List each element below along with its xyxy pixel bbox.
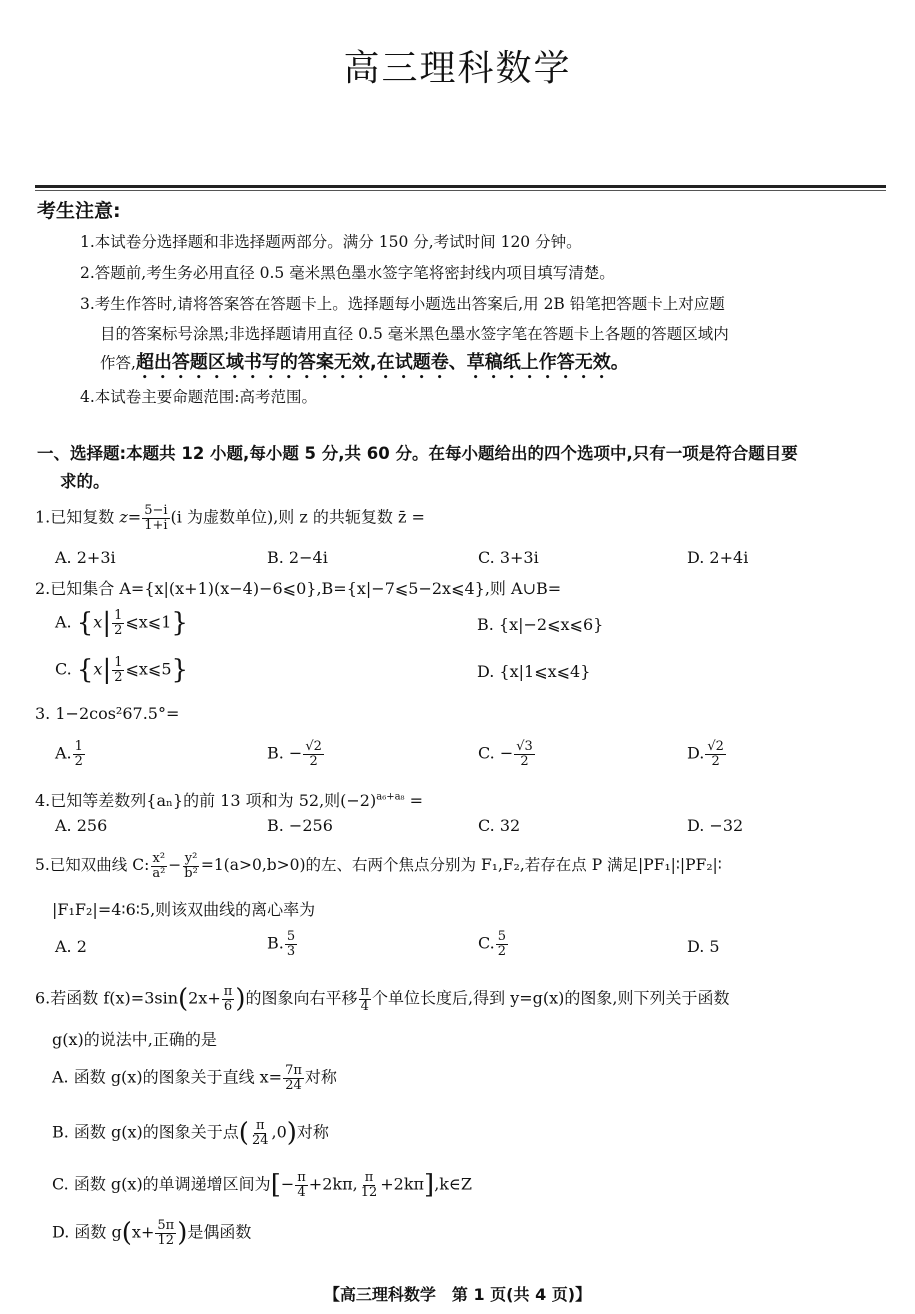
q1-fraction: 5−i1+i [142,504,169,532]
q1-frac-den: 1+i [142,519,169,533]
q5-b-num: 5 [285,930,297,945]
q6-shift-frac: π4 [359,985,372,1013]
q2-a-var: x [93,613,102,632]
q3-c-num: √3 [514,740,535,755]
question-6-line-2: g(x)的说法中,正确的是 [52,1027,217,1050]
q6-option-c: C. 函数 g(x)的单调递增区间为[−π4+2kπ,π12+2kπ],k∈Z [52,1170,472,1200]
q2-c-label: C. [55,660,72,679]
question-4-stem: 4.已知等差数列{aₙ}的前 13 项和为 52,则(−2)a₆+a₈ = [35,788,423,811]
q5-option-c: C.52 [478,930,509,958]
q5-b-den: 3 [285,945,297,959]
q5-f1-num: x² [151,852,168,867]
question-2-stem: 2.已知集合 A={x|(x+1)(x−4)−6⩽0},B={x|−7⩽5−2x… [35,576,561,599]
q5-frac-2: y²b² [182,852,200,880]
q4-option-a: A. 256 [55,816,107,835]
bar: | [102,608,111,638]
q5-option-d: D. 5 [687,937,720,956]
q1-option-a: A. 2+3i [55,548,116,567]
q6-c-3: +2kπ [380,1175,424,1194]
q2-a-num: 1 [112,609,124,624]
q2-option-b: B. {x|−2⩽x⩽6} [477,615,603,634]
notice-emphasis: 超出答题区域书写的答案无效,在试题卷、草稿纸上作答无效。 [136,352,629,373]
right-brace: } [172,655,189,685]
q6-d-post: 是偶函数 [187,1223,251,1242]
q5-suffix: =1(a>0,b>0)的左、右两个焦点分别为 F₁,F₂,若存在点 P 满足|P… [201,856,722,874]
q2-c-den: 2 [112,671,124,685]
q6-prefix: 6.若函数 f(x)=3sin [35,989,178,1008]
q1-eq: = [128,508,141,527]
q6-b-frac: π24 [250,1119,271,1147]
question-1-stem: 1.已知复数 z=5−i1+i(i 为虚数单位),则 z 的共轭复数 z̄ = [35,504,425,532]
q3-option-c: C. −√32 [478,740,536,768]
q4-option-c: C. 32 [478,816,520,835]
q6-b-pre: B. 函数 g(x)的图象关于点 [52,1123,239,1142]
q2-a-frac: 12 [112,609,124,637]
q6-b-num: π [254,1119,267,1134]
q6-shift-num: π [359,985,372,1000]
q1-option-b: B. 2−4i [267,548,328,567]
q6-c-frac-1: π4 [295,1171,308,1199]
exam-title: 高三理科数学 [0,40,915,91]
notice-item-3-cont2: 作答,超出答题区域书写的答案无效,在试题卷、草稿纸上作答无效。 [100,348,629,383]
q1-prefix: 1.已知复数 [35,508,119,527]
q5-b-label: B. [267,934,284,953]
q5-prefix: 5.已知双曲线 C: [35,856,149,874]
q1-option-c: C. 3+3i [478,548,539,567]
header-divider-thin [35,190,886,191]
bracket-close: ] [424,1170,434,1200]
q3-a-den: 2 [73,755,85,769]
q6-b-post: ,0 [271,1123,286,1142]
q2-c-rest: ⩽x⩽5 [125,660,171,679]
q6-a-pre: A. 函数 g(x)的图象关于直线 x= [52,1068,282,1087]
q2-a-rest: ⩽x⩽1 [125,613,171,632]
q6-a-post: 对称 [305,1068,337,1087]
q6-inner-frac: π6 [222,985,235,1013]
q2-c-frac: 12 [112,656,124,684]
q3-c-frac: √32 [514,740,535,768]
notice-item-3: 3.考生作答时,请将答案答在答题卡上。选择题每小题选出答案后,用 2B 铅笔把答… [80,292,725,314]
q4-stem-end: = [405,791,424,810]
left-brace: { [77,608,94,638]
q6-c-num2: π [363,1171,376,1186]
q3-b-label: B. − [267,744,302,763]
q5-option-a: A. 2 [55,937,87,956]
section-heading-cont: 求的。 [60,468,110,492]
q6-d-den: 12 [156,1234,177,1248]
q3-option-a: A.12 [55,740,86,768]
notice-item-2: 2.答题前,考生务必用直径 0.5 毫米黑色墨水签字笔将密封线内项目填写清楚。 [80,261,615,283]
q3-a-num: 1 [73,740,85,755]
page-footer: 【高三理科数学 第 1 页(共 4 页)】 [0,1282,915,1305]
q5-f2-den: b² [182,867,200,881]
q5-c-label: C. [478,934,495,953]
q5-f2-num: y² [183,852,200,867]
q3-d-num: √2 [705,740,726,755]
q2-option-d: D. {x|1⩽x⩽4} [477,662,590,681]
paren-close: ) [287,1118,297,1148]
paren-open: ( [239,1118,249,1148]
q3-d-label: D. [687,744,704,763]
right-brace: } [171,608,188,638]
q6-inner: 2x+ [188,989,221,1008]
q6-c-frac-2: π12 [359,1171,380,1199]
question-3-stem: 3. 1−2cos²67.5°= [35,704,179,723]
q5-c-den: 2 [496,945,508,959]
q3-a-frac: 12 [73,740,85,768]
q5-frac-1: x²a² [150,852,167,880]
section-heading: 一、选择题:本题共 12 小题,每小题 5 分,共 60 分。在每小题给出的四个… [37,440,798,464]
header-divider-thick [35,185,886,188]
q6-c-1: − [281,1175,294,1194]
bar: | [102,655,111,685]
q6-d-frac: 5π12 [155,1219,176,1247]
notice-item-4: 4.本试卷主要命题范围:高考范围。 [80,385,317,407]
q6-inner-num: π [222,985,235,1000]
q6-c-num1: π [295,1171,308,1186]
q6-c-den1: 4 [295,1186,307,1200]
q3-c-label: C. − [478,744,513,763]
q6-shift-den: 4 [359,1000,371,1014]
question-5-stem: 5.已知双曲线 C:x²a²−y²b²=1(a>0,b>0)的左、右两个焦点分别… [35,852,722,880]
q1-option-d: D. 2+4i [687,548,748,567]
q6-option-a: A. 函数 g(x)的图象关于直线 x=7π24对称 [52,1064,337,1092]
q6-d-pre: D. 函数 g [52,1223,122,1242]
q6-c-pre: C. 函数 g(x)的单调递增区间为 [52,1175,271,1194]
q2-a-den: 2 [112,624,124,638]
question-6-stem: 6.若函数 f(x)=3sin(2x+π6)的图象向右平移π4个单位长度后,得到… [35,984,730,1014]
q4-option-d: D. −32 [687,816,743,835]
q1-var: z [119,508,127,527]
notice-item-3-tail: 作答, [100,354,136,372]
q6-a-frac: 7π24 [283,1064,304,1092]
q2-option-a: A. {x|12⩽x⩽1} [55,608,188,638]
q2-option-c: C. {x|12⩽x⩽5} [55,655,188,685]
q6-d-num: 5π [155,1219,176,1234]
left-brace: { [77,655,94,685]
notice-item-3-cont: 目的答案标号涂黑;非选择题请用直径 0.5 毫米黑色墨水签字笔在答题卡上各题的答… [100,322,729,344]
paren-close: ) [235,984,245,1014]
q3-b-num: √2 [303,740,324,755]
q3-a-label: A. [55,744,72,763]
q2-a-label: A. [55,613,72,632]
paren-close: ) [177,1218,187,1248]
q3-c-den: 2 [518,755,530,769]
q3-b-den: 2 [307,755,319,769]
bracket-open: [ [271,1170,281,1200]
q3-b-frac: √22 [303,740,324,768]
q3-d-den: 2 [709,755,721,769]
q4-option-b: B. −256 [267,816,333,835]
q6-c-end: ,k∈Z [434,1175,472,1194]
q6-c-2: +2kπ, [309,1175,358,1194]
q5-c-num: 5 [496,930,508,945]
q2-c-num: 1 [112,656,124,671]
q6-inner-den: 6 [222,1000,234,1014]
notice-heading: 考生注意: [37,196,121,223]
q6-a-num: 7π [283,1064,304,1079]
q6-b-den: 24 [250,1134,271,1148]
q6-option-b: B. 函数 g(x)的图象关于点(π24,0)对称 [52,1118,329,1148]
paren-open: ( [122,1218,132,1248]
q5-option-b: B.53 [267,930,298,958]
q5-b-frac: 53 [285,930,297,958]
q3-option-b: B. −√22 [267,740,325,768]
q6-mid: 的图象向右平移 [245,989,357,1008]
q4-stem-text: 4.已知等差数列{aₙ}的前 13 项和为 52,则(−2) [35,791,376,810]
notice-item-1: 1.本试卷分选择题和非选择题两部分。满分 150 分,考试时间 120 分钟。 [80,230,582,252]
q5-c-frac: 52 [496,930,508,958]
q6-c-den2: 12 [359,1186,380,1200]
paren-open: ( [178,984,188,1014]
q3-d-frac: √22 [705,740,726,768]
question-5-line-2: |F₁F₂|=4∶6∶5,则该双曲线的离心率为 [52,897,315,920]
q6-suffix: 个单位长度后,得到 y=g(x)的图象,则下列关于函数 [372,989,729,1008]
q5-f1-den: a² [150,867,167,881]
q6-a-den: 24 [283,1079,304,1093]
q3-option-d: D.√22 [687,740,727,768]
q6-d-inner: x+ [132,1223,154,1242]
q1-suffix: (i 为虚数单位),则 z 的共轭复数 z̄ = [171,508,425,527]
q6-option-d: D. 函数 g(x+5π12)是偶函数 [52,1218,251,1248]
q4-exponent: a₆+a₈ [376,792,404,803]
q5-minus: − [168,856,181,874]
q6-b-end: 对称 [297,1123,329,1142]
q1-frac-num: 5−i [142,504,169,519]
